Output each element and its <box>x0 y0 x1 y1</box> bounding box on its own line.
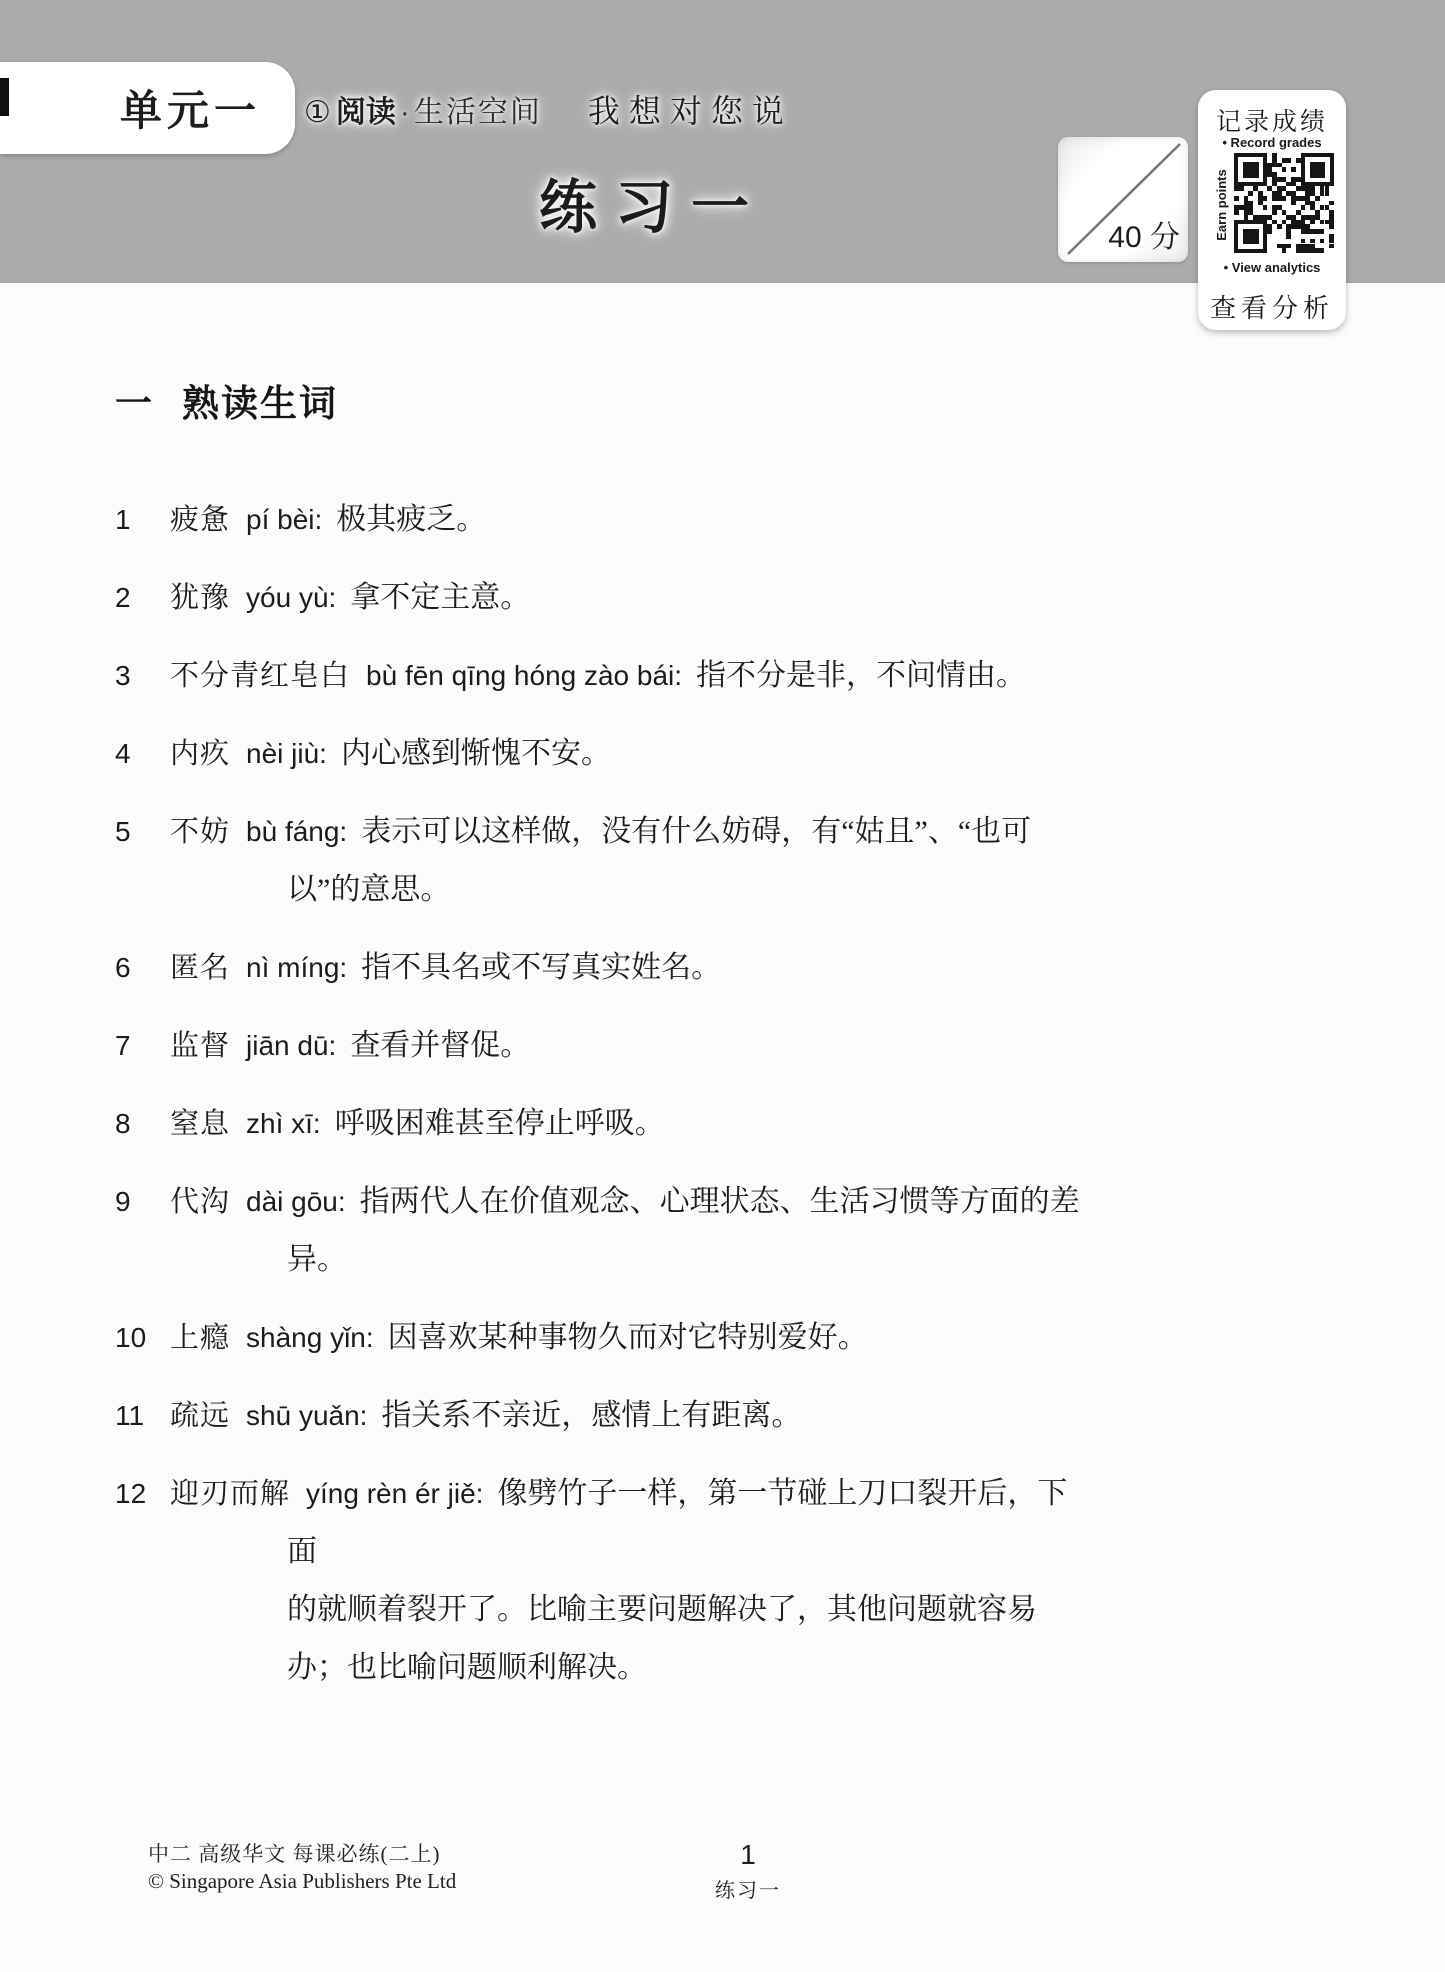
item-number: 4 <box>115 725 170 782</box>
item-term: 犹豫 <box>170 582 230 614</box>
lesson-title: 我想对您说 <box>588 93 793 129</box>
item-term: 迎刃而解 <box>170 1478 290 1510</box>
item-entry: 监督jiān dū:查看并督促。 <box>170 1017 1095 1075</box>
footer-copyright: © Singapore Asia Publishers Pte Ltd <box>148 1868 456 1895</box>
item-pinyin: shàng yǐn: <box>246 1322 374 1353</box>
footer-left: 中二 高级华文 每课必练(二上) © Singapore Asia Publis… <box>148 1841 456 1895</box>
vocab-item: 3不分青红皂白bù fēn qīng hóng zào bái:指不分是非，不问… <box>115 647 1095 705</box>
item-definition: 内心感到惭愧不安。 <box>341 737 611 770</box>
vocab-item: 11疏远shū yuǎn:指关系不亲近，感情上有距离。 <box>115 1387 1095 1445</box>
item-entry: 不分青红皂白bù fēn qīng hóng zào bái:指不分是非，不问情… <box>170 647 1095 705</box>
item-pinyin: dài gōu: <box>246 1186 346 1217</box>
lesson-category-rest: 生活空间 <box>414 96 542 129</box>
vocab-item: 5不妨bù fáng:表示可以这样做，没有什么妨碍，有“姑且”、“也可 以”的意… <box>115 803 1095 919</box>
item-number: 9 <box>115 1173 170 1230</box>
section-heading: 一熟读生词 <box>115 373 1095 427</box>
item-pinyin: bù fēn qīng hóng zào bái: <box>366 660 682 691</box>
unit-tab-label: 单元一 <box>120 78 261 138</box>
page-number: 1 <box>715 1839 781 1871</box>
item-entry: 犹豫yóu yù:拿不定主意。 <box>170 569 1095 627</box>
item-term: 不分青红皂白 <box>170 660 350 692</box>
item-term: 疲惫 <box>170 504 230 536</box>
item-number: 5 <box>115 803 170 860</box>
item-definition: 指不具名或不写真实姓名。 <box>361 951 721 984</box>
item-number: 11 <box>115 1387 170 1444</box>
item-number: 7 <box>115 1017 170 1074</box>
item-pinyin: pí bèi: <box>246 504 322 535</box>
qr-finder-top-left <box>1234 153 1267 186</box>
item-pinyin: jiān dū: <box>246 1030 336 1061</box>
vocab-item: 4内疚nèi jiù:内心感到惭愧不安。 <box>115 725 1095 783</box>
item-term: 上瘾 <box>170 1322 230 1354</box>
item-term: 不妨 <box>170 816 230 848</box>
main-content: 一熟读生词 1疲惫pí bèi:极其疲乏。 2犹豫yóu yù:拿不定主意。 3… <box>0 283 1445 1717</box>
qr-finder-top-right <box>1301 153 1334 186</box>
item-definition: 极其疲乏。 <box>336 503 486 536</box>
item-pinyin: bù fáng: <box>246 816 347 847</box>
item-entry: 不妨bù fáng:表示可以这样做，没有什么妨碍，有“姑且”、“也可 以”的意思… <box>170 803 1095 919</box>
footer-center: 1 练习一 <box>715 1839 781 1903</box>
vocab-item: 1疲惫pí bèi:极其疲乏。 <box>115 491 1095 549</box>
item-entry: 迎刃而解yíng rèn ér jiě:像劈竹子一样，第一节碰上刀口裂开后，下面… <box>170 1465 1095 1697</box>
qr-code <box>1234 153 1334 253</box>
lesson-line: ①阅读·生活空间我想对您说 <box>304 86 793 132</box>
item-pinyin: nì míng: <box>246 952 347 983</box>
item-pinyin: yíng rèn ér jiě: <box>306 1478 483 1509</box>
page-footer-label: 练习一 <box>715 1874 781 1903</box>
score-box: 40 分 <box>1058 137 1188 262</box>
item-entry: 疲惫pí bèi:极其疲乏。 <box>170 491 1095 549</box>
item-entry: 窒息zhì xī:呼吸困难甚至停止呼吸。 <box>170 1095 1095 1153</box>
qr-panel-title: 记录成绩 <box>1198 102 1346 138</box>
item-number: 1 <box>115 491 170 548</box>
qr-finder-bottom-left <box>1234 220 1267 253</box>
item-definition: 指两代人在价值观念、心理状态、生活习惯等方面的差 异。 <box>287 1185 1080 1276</box>
item-pinyin: zhì xī: <box>246 1108 321 1139</box>
item-term: 匿名 <box>170 952 230 984</box>
qr-bullet-view-analytics: • View analytics <box>1198 260 1346 275</box>
item-pinyin: nèi jiù: <box>246 738 327 769</box>
item-term: 内疚 <box>170 738 230 770</box>
item-number: 12 <box>115 1465 170 1522</box>
vocab-item: 10上瘾shàng yǐn:因喜欢某种事物久而对它特别爱好。 <box>115 1309 1095 1367</box>
item-term: 监督 <box>170 1030 230 1062</box>
item-term: 疏远 <box>170 1400 230 1432</box>
item-definition: 指不分是非，不问情由。 <box>696 659 1026 692</box>
exercise-title: 练习一 <box>353 160 953 244</box>
item-entry: 内疚nèi jiù:内心感到惭愧不安。 <box>170 725 1095 783</box>
vocab-item: 7监督jiān dū:查看并督促。 <box>115 1017 1095 1075</box>
vocab-item: 8窒息zhì xī:呼吸困难甚至停止呼吸。 <box>115 1095 1095 1153</box>
section-marker: 一 <box>115 383 152 424</box>
item-number: 10 <box>115 1309 170 1366</box>
item-number: 6 <box>115 939 170 996</box>
item-entry: 疏远shū yuǎn:指关系不亲近，感情上有距离。 <box>170 1387 1095 1445</box>
lesson-separator: · <box>400 96 410 129</box>
score-value: 40 分 <box>1108 212 1180 256</box>
unit-tab: 单元一 <box>0 62 295 154</box>
item-term: 代沟 <box>170 1186 230 1218</box>
item-number: 2 <box>115 569 170 626</box>
lesson-category-bold: 阅读 <box>336 96 396 129</box>
footer-book-info: 中二 高级华文 每课必练(二上) <box>148 1841 456 1868</box>
item-definition: 因喜欢某种事物久而对它特别爱好。 <box>388 1321 868 1354</box>
item-pinyin: shū yuǎn: <box>246 1400 367 1431</box>
vocab-item: 2犹豫yóu yù:拿不定主意。 <box>115 569 1095 627</box>
page-edge-mark <box>0 78 9 116</box>
vocab-item: 9代沟dài gōu:指两代人在价值观念、心理状态、生活习惯等方面的差 异。 <box>115 1173 1095 1289</box>
item-term: 窒息 <box>170 1108 230 1140</box>
header-band: 单元一 ①阅读·生活空间我想对您说 练习一 40 分 记录成绩 • Record… <box>0 0 1445 283</box>
qr-side-label: Earn points <box>1214 152 1229 258</box>
qr-bullet-record-grades: • Record grades <box>1198 135 1346 150</box>
item-pinyin: yóu yù: <box>246 582 336 613</box>
workbook-page: 单元一 ①阅读·生活空间我想对您说 练习一 40 分 记录成绩 • Record… <box>0 0 1445 1972</box>
item-entry: 匿名nì míng:指不具名或不写真实姓名。 <box>170 939 1095 997</box>
item-definition: 拿不定主意。 <box>350 581 530 614</box>
item-number: 8 <box>115 1095 170 1152</box>
vocab-item: 6匿名nì míng:指不具名或不写真实姓名。 <box>115 939 1095 997</box>
item-entry: 代沟dài gōu:指两代人在价值观念、心理状态、生活习惯等方面的差 异。 <box>170 1173 1095 1289</box>
vocab-list: 1疲惫pí bèi:极其疲乏。 2犹豫yóu yù:拿不定主意。 3不分青红皂白… <box>115 491 1095 1697</box>
section-title: 熟读生词 <box>182 383 338 424</box>
item-entry: 上瘾shàng yǐn:因喜欢某种事物久而对它特别爱好。 <box>170 1309 1095 1367</box>
item-number: 3 <box>115 647 170 704</box>
item-definition: 指关系不亲近，感情上有距离。 <box>381 1399 801 1432</box>
item-definition: 查看并督促。 <box>350 1029 530 1062</box>
item-definition: 表示可以这样做，没有什么妨碍，有“姑且”、“也可 以”的意思。 <box>287 815 1031 906</box>
vocab-item: 12迎刃而解yíng rèn ér jiě:像劈竹子一样，第一节碰上刀口裂开后，… <box>115 1465 1095 1697</box>
lesson-number-icon: ① <box>304 96 331 129</box>
item-definition: 呼吸困难甚至停止呼吸。 <box>335 1107 665 1140</box>
